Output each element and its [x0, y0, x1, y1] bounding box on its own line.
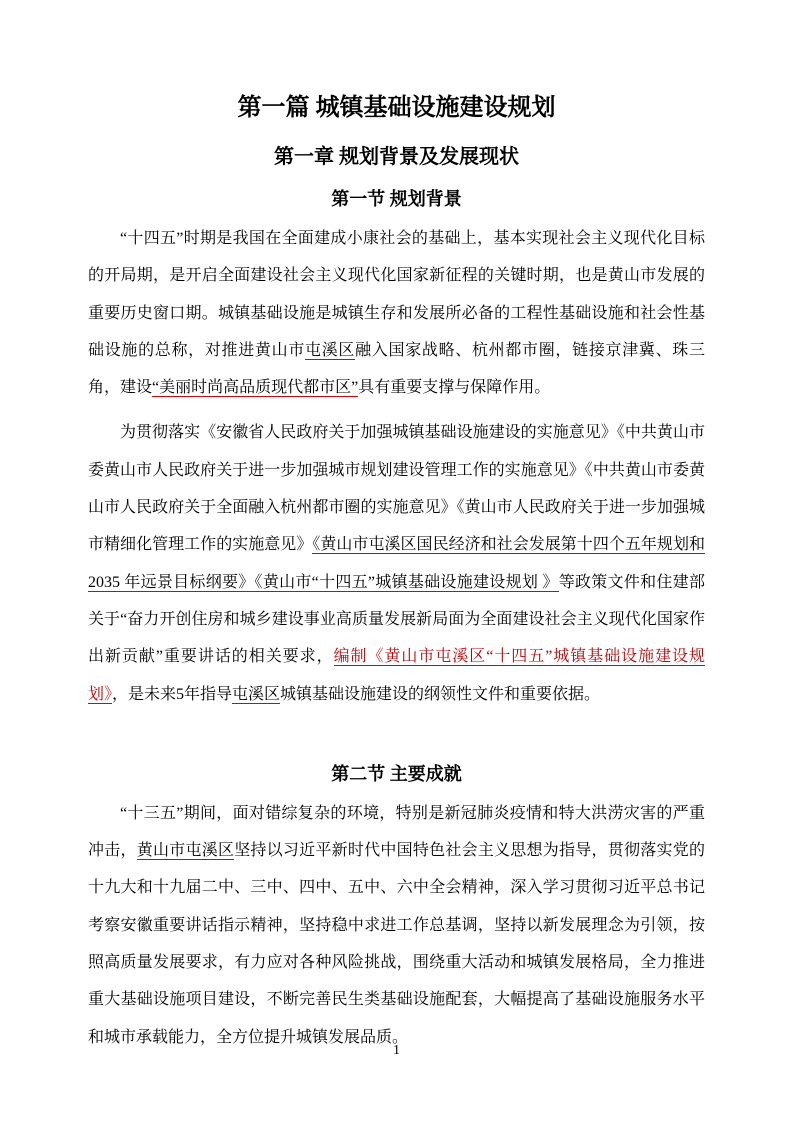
paragraph-1: “十四五”时期是我国在全面建成小康社会的基础上，基本实现社会主义现代化目标的开局…	[88, 220, 705, 406]
section-1-heading: 第一节 规划背景	[88, 186, 705, 212]
text-run: 坚持以习近平新时代中国特色社会主义思想为指导，贯彻落实党的十九大和十九届二中、三…	[88, 842, 705, 1045]
paragraph-3: “十三五”期间，面对错综复杂的环境，特别是新冠肺炎疫情和特大洪涝灾害的严重冲击，…	[88, 795, 705, 1056]
document-page: 第一篇 城镇基础设施建设规划 第一章 规划背景及发展现状 第一节 规划背景 “十…	[0, 0, 793, 1122]
text-run: 为贯彻落实《安徽省人民政府关于加强城镇基础设施建设的实施意见》《中共黄山市委黄山…	[88, 424, 705, 553]
section-2-heading: 第二节 主要成就	[88, 761, 705, 787]
chapter-heading: 第一章 规划背景及发展现状	[88, 142, 705, 172]
tracked-change-underline: 黄山市屯溪区	[137, 842, 234, 860]
text-run: ，是未来5年指导	[112, 686, 232, 703]
text-run: 具有重要支撑与保障作用。	[358, 379, 550, 396]
paragraph-2: 为贯彻落实《安徽省人民政府关于加强城镇基础设施建设的实施意见》《中共黄山市委黄山…	[88, 414, 705, 712]
page-number: 1	[0, 1042, 793, 1060]
tracked-change-underline: 屯溪区	[305, 342, 355, 360]
doc-title: 第一篇 城镇基础设施建设规划	[88, 90, 705, 126]
text-run: “十四五”时期是我国在全面建成小康社会的基础上，基本实现社会主义现代化目标的开局…	[88, 230, 705, 359]
text-run: 城镇基础设施建设的纲领性文件和重要依据。	[280, 686, 600, 703]
tracked-change-underline: “美丽时尚高品质现代都市区”	[152, 379, 358, 397]
tracked-change-underline: 屯溪区	[232, 686, 280, 704]
